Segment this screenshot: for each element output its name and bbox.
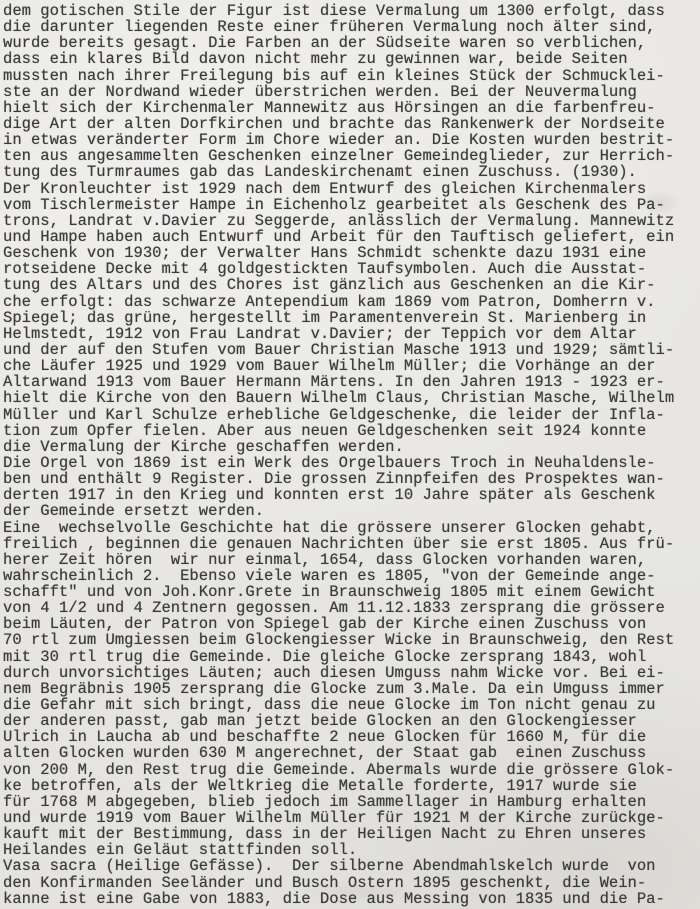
text-line: durch unvorsichtiges Läuten; auch diesen…	[3, 665, 700, 681]
text-line: alten Glocken wurden 630 M angerechnet, …	[3, 745, 700, 761]
text-line: Altarwand 1913 vom Bauer Hermann Märtens…	[3, 374, 700, 390]
document-text: dem gotischen Stile der Figur ist diese …	[3, 3, 700, 907]
text-line: schafft" und von Joh.Konr.Grete in Braun…	[3, 584, 700, 600]
text-line: vom Tischlermeister Hampe in Eichenholz …	[3, 197, 700, 213]
text-line: der Gemeinde ersetzt werden.	[3, 503, 700, 519]
text-line: die Vermalung der Kirche geschaffen werd…	[3, 439, 700, 455]
text-line: die Gefahr mit sich bringt, dass die neu…	[3, 697, 700, 713]
text-line: kauft mit der Bestimmung, dass in der He…	[3, 826, 700, 842]
text-line: wahrscheinlich 2. Ebenso viele waren es …	[3, 568, 700, 584]
text-line: und Hampe haben auch Entwurf und Arbeit …	[3, 229, 700, 245]
text-line: dige Art der alten Dorfkirchen und brach…	[3, 116, 700, 132]
text-line: Eine wechselvolle Geschichte hat die grö…	[3, 520, 700, 536]
text-line: mit 30 rtl trug die Gemeinde. Die gleich…	[3, 649, 700, 665]
text-line: für 1768 M abgegeben, blieb jedoch im Sa…	[3, 794, 700, 810]
text-line: Heilandes ein Geläut stattfinden soll.	[3, 842, 700, 858]
text-line: che erfolgt: das schwarze Antependium ka…	[3, 294, 700, 310]
text-line: tung des Altars und des Chores ist gänzl…	[3, 277, 700, 293]
text-line: hielt die Kirche von den Bauern Wilhelm …	[3, 390, 700, 406]
text-line: von 4 1/2 und 4 Zentnern gegossen. Am 11…	[3, 600, 700, 616]
text-line: Helmstedt, 1912 von Frau Landrat v.Davie…	[3, 326, 700, 342]
text-line: Spiegel; das grüne, hergestellt im Param…	[3, 310, 700, 326]
text-line: 70 rtl zum Umgiessen beim Glockengiesser…	[3, 632, 700, 648]
text-line: che Läufer 1925 und 1929 vom Bauer Wilhe…	[3, 358, 700, 374]
text-line: tion zum Opfer fielen. Aber aus neuen Ge…	[3, 423, 700, 439]
text-line: ste an der Nordwand wieder überstrichen …	[3, 84, 700, 100]
text-line: der anderen passt, gab man jetzt beide G…	[3, 713, 700, 729]
text-line: ten aus angesammelten Geschenken einzeln…	[3, 148, 700, 164]
text-line: nem Begräbnis 1905 zersprang die Glocke …	[3, 681, 700, 697]
text-line: in etwas veränderter Form im Chore wiede…	[3, 132, 700, 148]
text-line: rotseidene Decke mit 4 goldgestickten Ta…	[3, 261, 700, 277]
text-line: Geschenk von 1930; der Verwalter Hans Sc…	[3, 245, 700, 261]
text-line: und der auf den Stufen vom Bauer Christi…	[3, 342, 700, 358]
text-line: die darunter liegenden Reste einer frühe…	[3, 19, 700, 35]
text-line: herer Zeit hören wir nur einmal, 1654, d…	[3, 552, 700, 568]
text-line: den Konfirmanden Seeländer und Busch Ost…	[3, 875, 700, 891]
text-line: freilich , beginnen die genauen Nachrich…	[3, 536, 700, 552]
text-line: dem gotischen Stile der Figur ist diese …	[3, 3, 700, 19]
text-line: kanne ist eine Gabe von 1883, die Dose a…	[3, 891, 700, 907]
text-line: mussten nach ihrer Freilegung bis auf ei…	[3, 68, 700, 84]
text-line: wurde bereits gesagt. Die Farben an der …	[3, 35, 700, 51]
text-line: Müller und Karl Schulze erhebliche Geldg…	[3, 407, 700, 423]
text-line: Der Kronleuchter ist 1929 nach dem Entwu…	[3, 181, 700, 197]
text-line: derten 1917 in den Krieg und konnten ers…	[3, 487, 700, 503]
text-line: ke betroffen, als der Weltkrieg die Meta…	[3, 778, 700, 794]
text-line: Ulrich in Laucha ab und beschaffte 2 neu…	[3, 729, 700, 745]
text-line: trons, Landrat v.Davier zu Seggerde, anl…	[3, 213, 700, 229]
text-line: Vasa sacra (Heilige Gefässe). Der silber…	[3, 858, 700, 874]
text-line: dass ein klares Bild davon nicht mehr zu…	[3, 51, 700, 67]
document-page: dem gotischen Stile der Figur ist diese …	[0, 0, 700, 909]
text-line: von 200 M, den Rest trug die Gemeinde. A…	[3, 762, 700, 778]
text-line: Die Orgel von 1869 ist ein Werk des Orge…	[3, 455, 700, 471]
text-line: ben und enthält 9 Register. Die grossen …	[3, 471, 700, 487]
text-line: beim Läuten, der Patron von Spiegel gab …	[3, 616, 700, 632]
text-line: tung des Turmraumes gab das Landeskirche…	[3, 164, 700, 180]
text-line: hielt sich der Kirchenmaler Mannewitz au…	[3, 100, 700, 116]
text-line: und wurde 1919 vom Bauer Wilhelm Müller …	[3, 810, 700, 826]
